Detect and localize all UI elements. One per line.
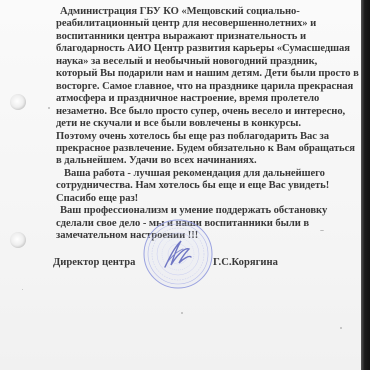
punch-hole-top (10, 94, 26, 110)
text-line: Ваша работа - лучшая рекомендация для да… (56, 168, 356, 180)
letter-body: Администрация ГБУ КО «Мещовский социальн… (56, 6, 356, 243)
text-line: атмосфера и праздничное настроение, врем… (56, 93, 356, 105)
text-line: сотрудничества. Нам хотелось бы еще и ещ… (56, 180, 356, 192)
text-line: восторге. Самое главное, что на праздник… (56, 81, 356, 93)
text-line: прекрасное развлечение. Будем обязательн… (56, 143, 356, 155)
signatory-title: Директор центра (53, 257, 135, 268)
text-line: Ваш профессионализм и умение поддержать … (56, 205, 356, 217)
text-line: воспитанники центра выражают признательн… (56, 31, 356, 43)
text-line: дети не скучали и все были вовлечены в к… (56, 118, 356, 130)
scan-speck (320, 230, 324, 231)
text-line: Поэтому очень хотелось бы еще раз поблаг… (56, 131, 356, 143)
text-line: Администрация ГБУ КО «Мещовский социальн… (56, 6, 356, 18)
text-line: незаметно. Все было просто супер, очень … (56, 106, 356, 118)
scan-speck (22, 289, 23, 290)
scan-speck (48, 107, 50, 109)
punch-hole-bottom (10, 232, 26, 248)
scan-speck (340, 327, 342, 329)
scan-speck (181, 312, 183, 314)
text-line: в дальнейшем. Удачи во всех начинаниях. (56, 155, 356, 167)
signatory-name: Г.С.Корягина (213, 257, 278, 268)
text-line: наука» за веселый и необычный новогодний… (56, 56, 356, 68)
text-line: который Вы подарили нам и нашим детям. Д… (56, 68, 356, 80)
text-line: реабилитационный центр для несовершеннол… (56, 18, 356, 30)
text-line: благодарность АИО Центр развития карьеры… (56, 43, 356, 55)
scanned-page: Администрация ГБУ КО «Мещовский социальн… (0, 0, 361, 370)
text-line: Спасибо еще раз! (56, 193, 356, 205)
round-stamp-icon (143, 219, 213, 289)
scan-border-edge (361, 0, 370, 370)
